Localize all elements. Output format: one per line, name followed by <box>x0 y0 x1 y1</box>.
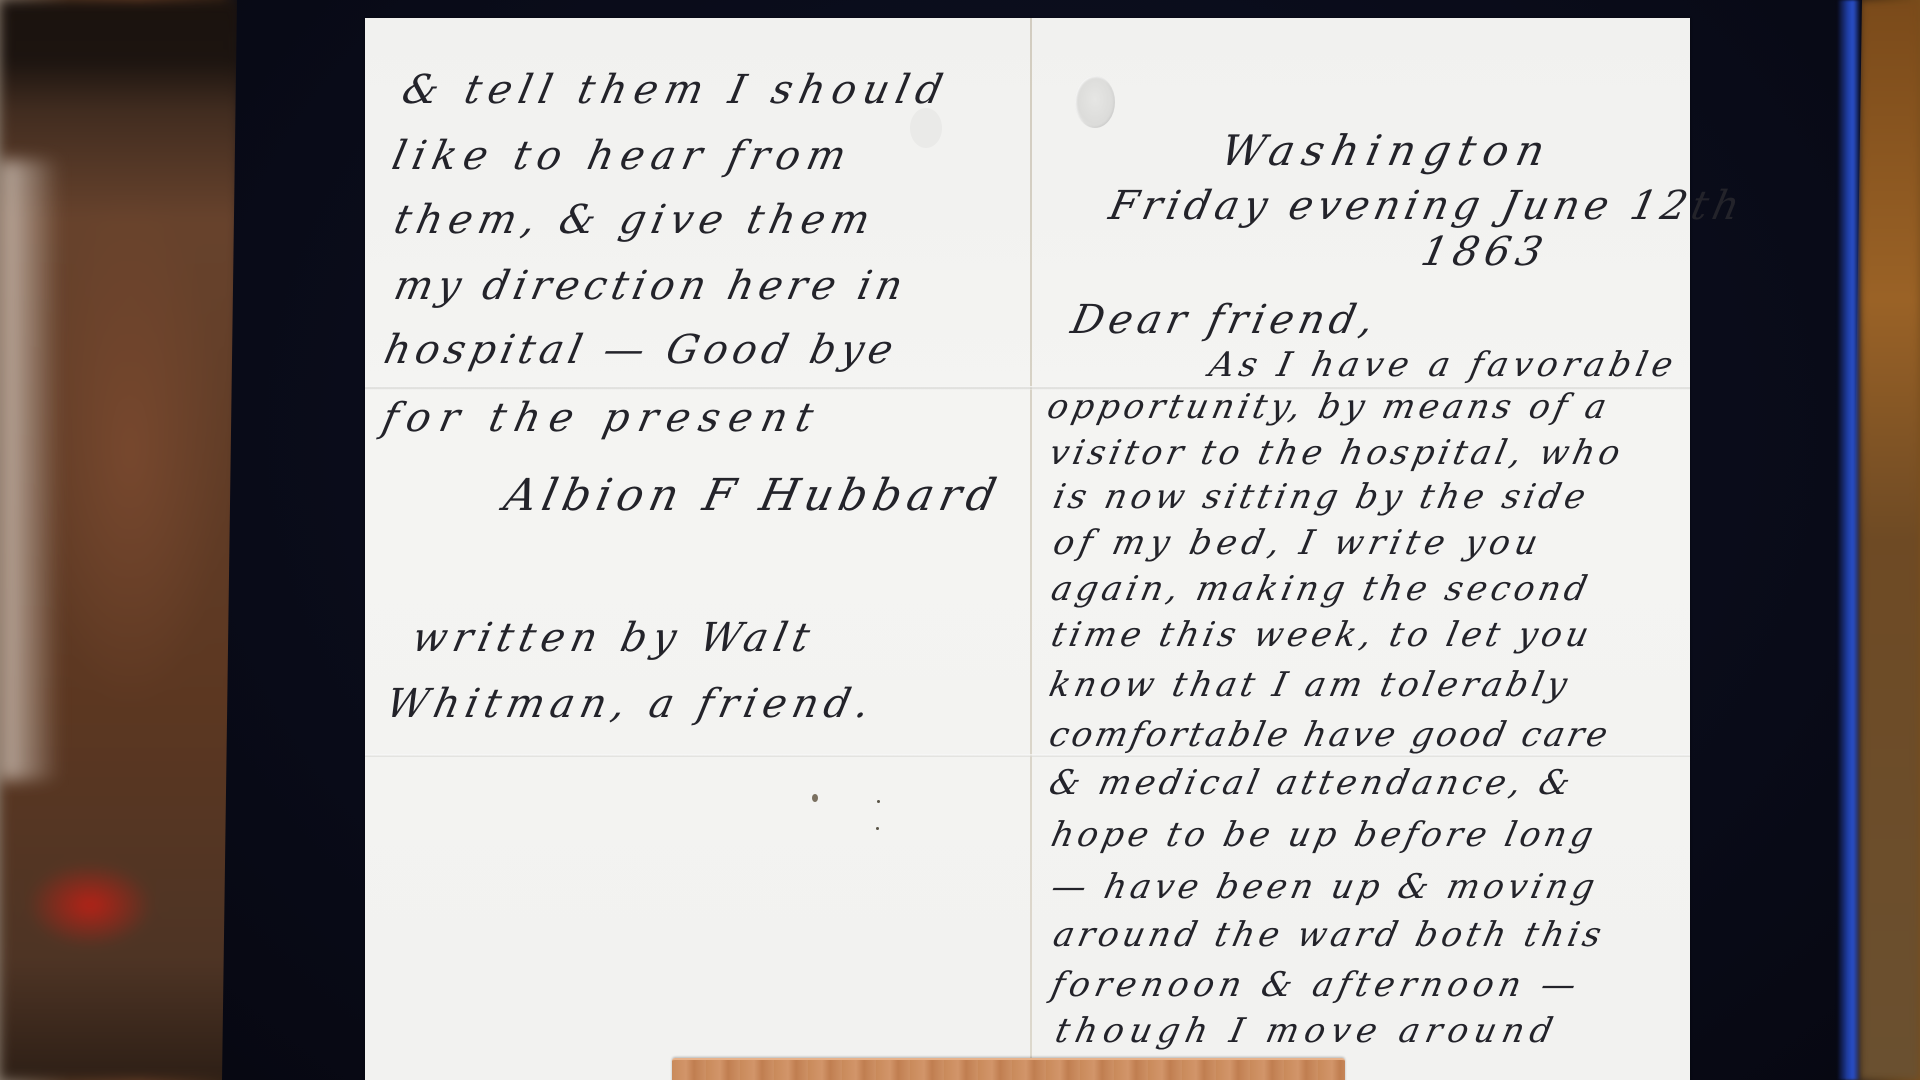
body-line: & medical attendance, & <box>1046 766 1577 800</box>
body-line: forenoon & afternoon — <box>1048 968 1584 1002</box>
handwritten-line: them, & give them <box>391 200 880 240</box>
letter-paper: & tell them I should like to hear from t… <box>365 18 1690 1080</box>
date-line: Friday evening June 12th <box>1106 186 1748 226</box>
ink-dot <box>876 827 879 830</box>
handwritten-line: hospital — Good bye <box>381 330 902 370</box>
ink-spot <box>812 794 818 802</box>
velvet-edge-highlight <box>1838 0 1860 1080</box>
photo-scene: & tell them I should like to hear from t… <box>0 0 1920 1080</box>
year: 1863 <box>1418 232 1552 272</box>
signature: Albion F Hubbard <box>500 474 1005 518</box>
body-line: is now sitting by the side <box>1050 480 1592 514</box>
attribution-line: written by Walt <box>409 618 819 658</box>
body-line: comfortable have good care <box>1046 718 1613 752</box>
body-line: around the ward both this <box>1050 918 1608 952</box>
body-line: time this week, to let you <box>1048 618 1595 652</box>
left-page: & tell them I should like to hear from t… <box>365 18 1030 1080</box>
body-line: know that I am tolerably <box>1046 668 1573 702</box>
body-line: As I have a favorable <box>1206 348 1680 382</box>
body-line: though I move around <box>1052 1014 1561 1048</box>
body-line: visitor to the hospital, who <box>1046 436 1627 470</box>
body-line: opportunity, by means of a <box>1044 390 1613 424</box>
blurred-background-right <box>1860 0 1920 1080</box>
handwritten-line: like to hear from <box>389 136 857 176</box>
ink-dot <box>877 800 880 803</box>
handwritten-line: my direction here in <box>391 266 911 306</box>
place-heading: Washington <box>1218 130 1557 172</box>
wooden-display-stand <box>672 1058 1345 1080</box>
blurred-light-left <box>0 160 60 780</box>
body-line: again, making the second <box>1048 572 1594 606</box>
right-page: Washington Friday evening June 12th 1863… <box>1032 18 1690 1080</box>
body-line: of my bed, I write you <box>1050 526 1545 560</box>
attribution-line: Whitman, a friend. <box>383 684 879 724</box>
body-line: — have been up & moving <box>1048 870 1601 904</box>
handwritten-line: for the present <box>379 398 826 438</box>
handwritten-line: & tell them I should <box>399 70 953 110</box>
body-line: hope to be up before long <box>1048 818 1600 852</box>
salutation: Dear friend, <box>1068 300 1382 340</box>
